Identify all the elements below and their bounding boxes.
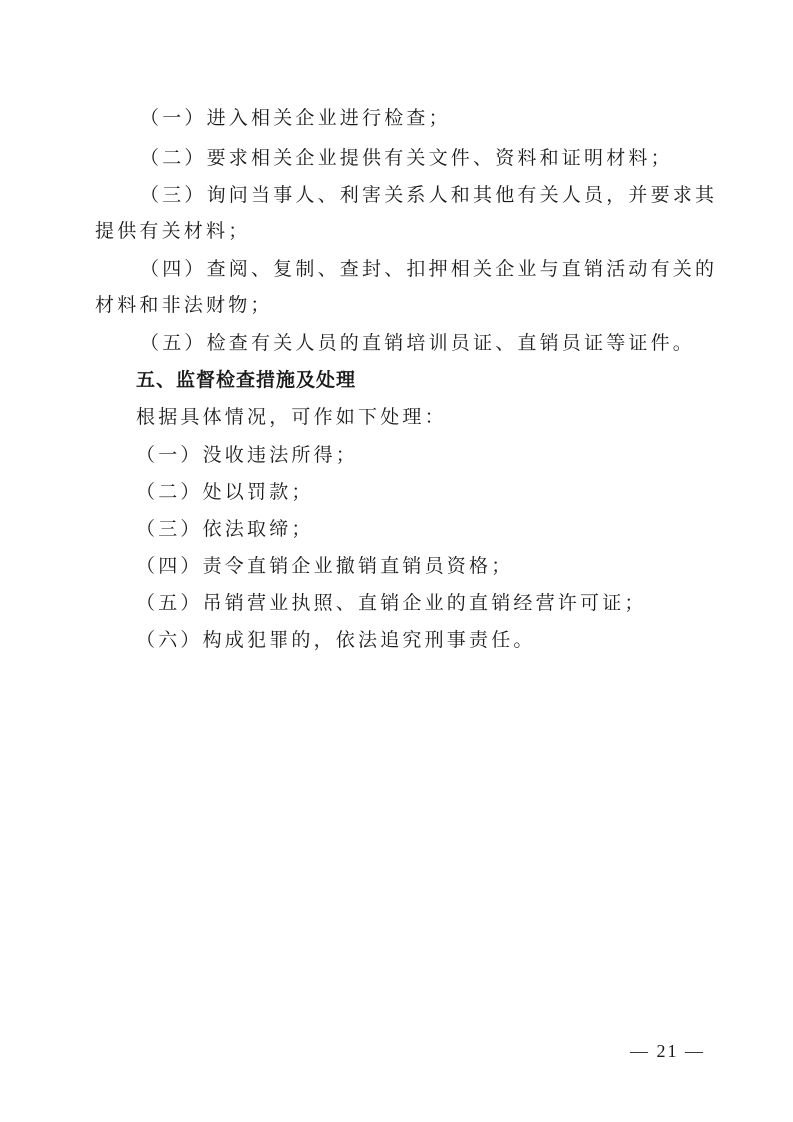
page-number: — 21 — — [630, 1041, 705, 1062]
list-item: （四）责令直销企业撤销直销员资格； — [136, 554, 513, 578]
list-item: （三）依法取缔； — [136, 517, 314, 541]
list-item: （二）处以罚款； — [136, 480, 314, 504]
paragraph-continuation: 材料和非法财物； — [95, 293, 273, 317]
list-item: （六）构成犯罪的，依法追究刑事责任。 — [136, 628, 536, 652]
document-page: （一）进入相关企业进行检查； （二）要求相关企业提供有关文件、资料和证明材料； … — [0, 0, 793, 1122]
paragraph: （五）检查有关人员的直销培训员证、直销员证等证件。 — [140, 331, 695, 355]
paragraph: （四）查阅、复制、查封、扣押相关企业与直销活动有关的 — [140, 257, 717, 281]
paragraph-continuation: 提供有关材料； — [95, 219, 250, 243]
list-item: （五）吊销营业执照、直销企业的直销经营许可证； — [136, 591, 647, 615]
paragraph: （一）进入相关企业进行检查； — [140, 106, 451, 130]
section-intro: 根据具体情况，可作如下处理： — [136, 405, 447, 429]
paragraph: （三）询问当事人、利害关系人和其他有关人员，并要求其 — [140, 183, 717, 207]
paragraph: （二）要求相关企业提供有关文件、资料和证明材料； — [140, 146, 673, 170]
list-item: （一）没收违法所得； — [136, 443, 358, 467]
section-heading: 五、监督检查措施及处理 — [136, 368, 356, 392]
